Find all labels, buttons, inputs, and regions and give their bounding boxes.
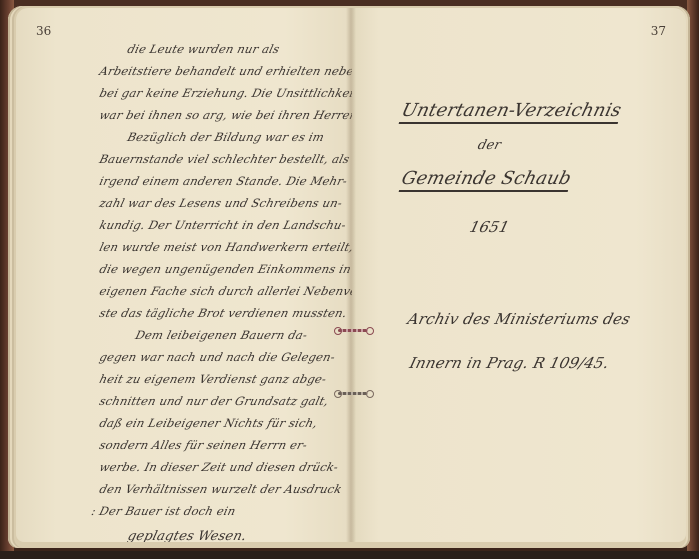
title-line-2: der (476, 138, 503, 153)
text-line: : Der Bauer ist doch ein (90, 504, 237, 518)
text-line: den Verhältnissen wurzelt der Ausdruck (98, 482, 343, 496)
text-line: zahl war des Lesens und Schreibens un- (98, 196, 344, 210)
right-page-number: 37 (651, 24, 666, 38)
text-line: ste das tägliche Brot verdienen mussten. (98, 306, 348, 320)
book: 36 die Leute wurden nur als Arbeitstiere… (0, 0, 699, 551)
thread-hole-icon (366, 327, 374, 335)
text-line: kundig. Der Unterricht in den Landschu- (98, 218, 348, 232)
text-line: bei gar keine Erziehung. Die Unsittlichk… (98, 86, 352, 100)
left-page: 36 die Leute wurden nur als Arbeitstiere… (16, 8, 352, 542)
text-line: die Leute wurden nur als (126, 42, 281, 56)
text-line: heit zu eigenem Verdienst ganz abge- (98, 372, 328, 386)
text-line: Bezüglich der Bildung war es im (126, 130, 326, 144)
text-line: werbe. In dieser Zeit und diesen drück- (98, 460, 340, 474)
text-line: len wurde meist von Handwerkern erteilt, (98, 240, 352, 254)
binding-thread-top (338, 329, 368, 332)
source-line-1: Archiv des Ministeriums des (406, 310, 633, 328)
right-page: 37 Untertanen-Verzeichnis der Gemeinde S… (352, 8, 686, 542)
source-line-2: Innern in Prag. R 109/45. (408, 354, 611, 372)
year: 1651 (468, 218, 511, 236)
text-line: daß ein Leibeigener Nichts für sich, (98, 416, 319, 430)
thread-hole-icon (366, 390, 374, 398)
title-line-1: Untertanen-Verzeichnis (399, 100, 624, 124)
text-line: Dem leibeigenen Bauern da- (134, 328, 309, 342)
text-line: eigenen Fache sich durch allerlei Nebenv… (98, 284, 352, 298)
text-line: geplagtes Wesen. (126, 530, 248, 542)
text-line: schnitten und nur der Grundsatz galt, (98, 394, 330, 408)
title-line-3: Gemeinde Schaub (399, 168, 574, 192)
text-line: gegen war nach und nach die Gelegen- (98, 350, 337, 364)
community-name: Gemeinde Schaub (399, 168, 573, 189)
text-line: Bauernstande viel schlechter bestellt, a… (98, 152, 352, 166)
thread-hole-icon (334, 327, 342, 335)
document-title: Untertanen-Verzeichnis (399, 100, 623, 121)
book-gutter (346, 8, 356, 542)
left-page-number: 36 (36, 24, 51, 38)
text-line: die wegen ungenügenden Einkommens in ihr… (98, 262, 352, 276)
binding-thread-bottom (338, 392, 368, 395)
thread-hole-icon (334, 390, 342, 398)
text-line: sondern Alles für seinen Herrn er- (98, 438, 309, 452)
text-line: war bei ihnen so arg, wie bei ihren Herr… (98, 108, 352, 122)
text-line: irgend einem anderen Stande. Die Mehr- (98, 174, 349, 188)
text-line: Arbeitstiere behandelt und erhielten neb… (98, 64, 352, 78)
